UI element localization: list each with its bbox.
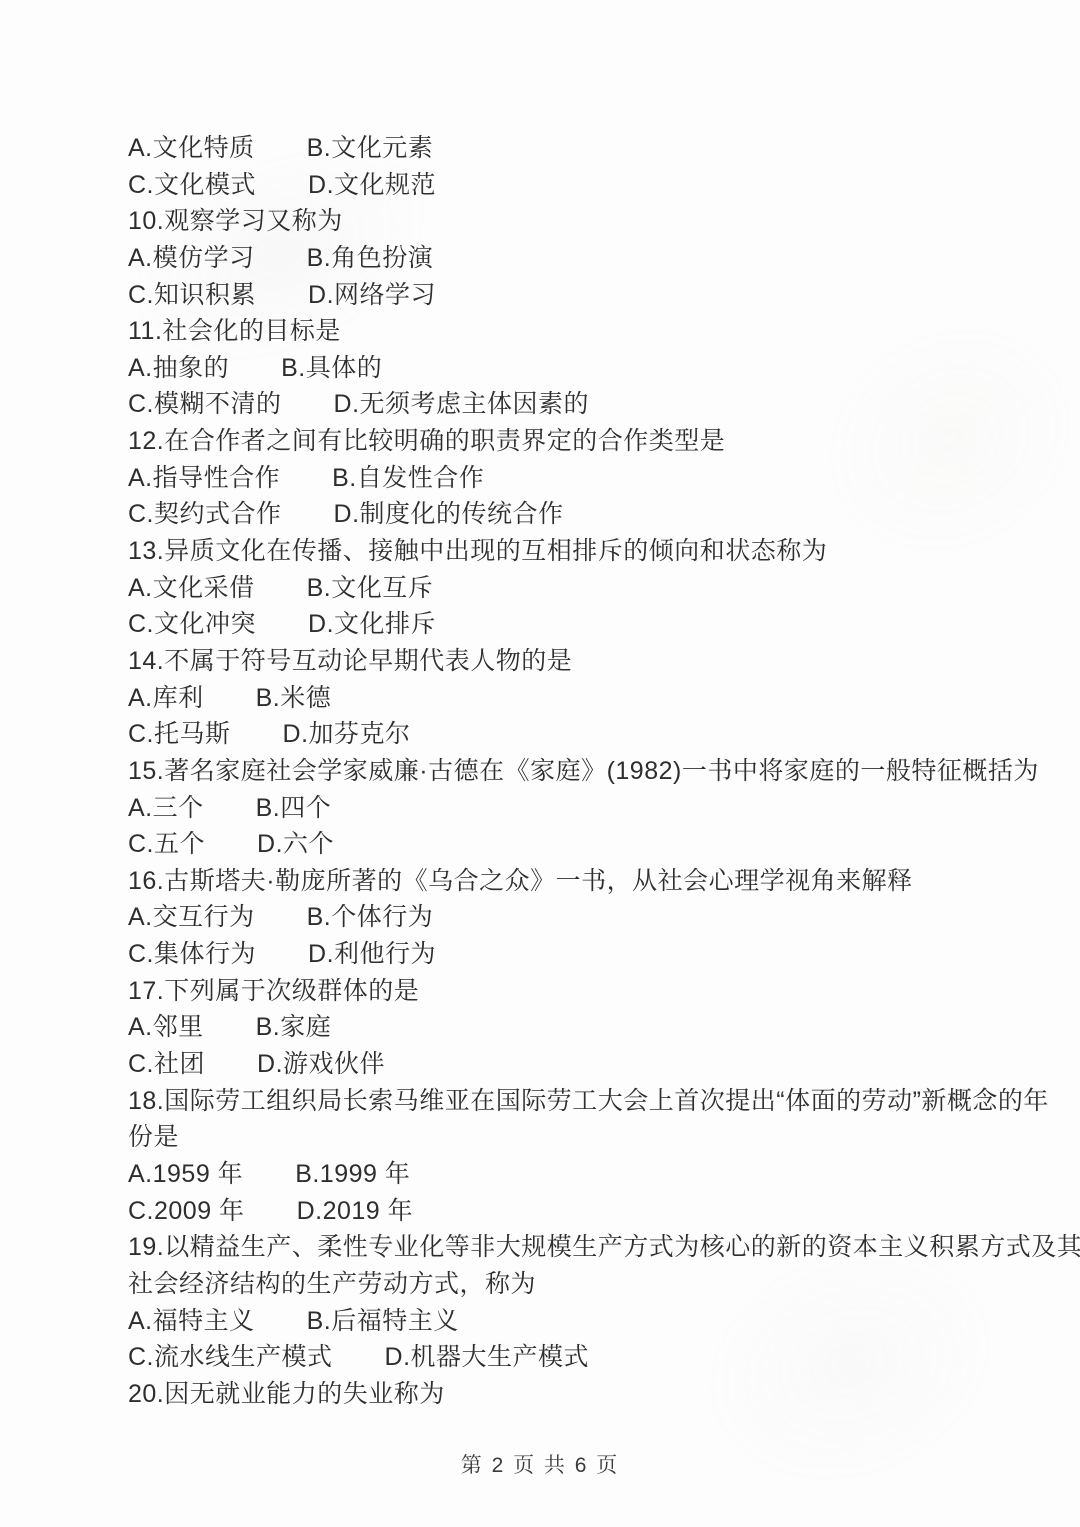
question-text-line: 14.不属于符号互动论早期代表人物的是 [128, 643, 968, 680]
page-number-footer: 第 2 页 共 6 页 [0, 1448, 1080, 1484]
option-a: A.模仿学习 [128, 244, 255, 272]
option-line: A.库利B.米德 [128, 680, 968, 717]
option-line: A.邻里B.家庭 [128, 1009, 968, 1046]
option-b: D.机器大生产模式 [385, 1343, 590, 1371]
option-a: A.指导性合作 [128, 464, 280, 492]
option-line: A.指导性合作B.自发性合作 [128, 460, 968, 497]
option-a: A.三个 [128, 794, 204, 822]
option-b: B.角色扮演 [307, 244, 434, 272]
option-line: C.文化模式D.文化规范 [128, 167, 968, 204]
option-a: A.文化特质 [128, 134, 255, 162]
question-text-line: 17.下列属于次级群体的是 [128, 973, 968, 1010]
option-a: A.交互行为 [128, 903, 255, 931]
option-b: D.文化排斥 [308, 610, 436, 638]
question-text-line: 11.社会化的目标是 [128, 313, 968, 350]
question-text-line: 13.异质文化在传播、接触中出现的互相排斥的倾向和状态称为 [128, 533, 968, 570]
question-text-line: 份是 [128, 1119, 968, 1156]
option-a: C.托马斯 [128, 720, 231, 748]
option-line: C.知识积累D.网络学习 [128, 277, 968, 314]
exam-document-page: A.文化特质B.文化元素C.文化模式D.文化规范10.观察学习又称为A.模仿学习… [0, 0, 1080, 1527]
option-b: D.利他行为 [308, 940, 436, 968]
option-a: A.文化采借 [128, 574, 255, 602]
option-b: D.制度化的传统合作 [334, 500, 564, 528]
option-a: A.库利 [128, 684, 204, 712]
option-line: A.抽象的B.具体的 [128, 350, 968, 387]
option-a: A.1959 年 [128, 1160, 243, 1188]
option-a: A.邻里 [128, 1013, 204, 1041]
question-text-line: 16.古斯塔夫·勒庞所著的《乌合之众》一书，从社会心理学视角来解释 [128, 863, 968, 900]
option-a: C.集体行为 [128, 940, 256, 968]
option-a: C.知识积累 [128, 281, 256, 309]
option-a: A.福特主义 [128, 1307, 255, 1335]
option-b: D.六个 [257, 830, 334, 858]
question-text-line: 18.国际劳工组织局长索马维亚在国际劳工大会上首次提出“体面的劳动”新概念的年 [128, 1083, 968, 1120]
option-b: D.加芬克尔 [283, 720, 411, 748]
option-line: A.模仿学习B.角色扮演 [128, 240, 968, 277]
question-lines: A.文化特质B.文化元素C.文化模式D.文化规范10.观察学习又称为A.模仿学习… [128, 130, 968, 1412]
question-text-line: 20.因无就业能力的失业称为 [128, 1376, 968, 1413]
question-text-line: 社会经济结构的生产劳动方式，称为 [128, 1266, 968, 1303]
option-b: B.自发性合作 [332, 464, 484, 492]
option-b: D.无须考虑主体因素的 [334, 390, 590, 418]
question-text-line: 19.以精益生产、柔性专业化等非大规模生产方式为核心的新的资本主义积累方式及其 [128, 1229, 968, 1266]
option-line: C.文化冲突D.文化排斥 [128, 606, 968, 643]
option-b: B.文化元素 [307, 134, 434, 162]
option-line: C.五个D.六个 [128, 826, 968, 863]
option-line: A.交互行为B.个体行为 [128, 899, 968, 936]
option-a: C.社团 [128, 1050, 205, 1078]
option-line: A.文化采借B.文化互斥 [128, 570, 968, 607]
option-b: B.个体行为 [307, 903, 434, 931]
option-b: B.四个 [256, 794, 332, 822]
option-a: C.五个 [128, 830, 205, 858]
option-line: A.福特主义B.后福特主义 [128, 1303, 968, 1340]
option-line: C.模糊不清的D.无须考虑主体因素的 [128, 386, 968, 423]
option-a: C.文化模式 [128, 171, 256, 199]
option-line: C.托马斯D.加芬克尔 [128, 716, 968, 753]
option-b: D.游戏伙伴 [257, 1050, 385, 1078]
option-line: A.1959 年B.1999 年 [128, 1156, 968, 1193]
option-a: C.流水线生产模式 [128, 1343, 333, 1371]
option-line: C.社团D.游戏伙伴 [128, 1046, 968, 1083]
option-line: C.契约式合作D.制度化的传统合作 [128, 496, 968, 533]
option-b: B.具体的 [281, 354, 382, 382]
option-line: C.流水线生产模式D.机器大生产模式 [128, 1339, 968, 1376]
option-a: C.契约式合作 [128, 500, 282, 528]
option-b: B.米德 [256, 684, 332, 712]
option-b: B.家庭 [256, 1013, 332, 1041]
option-line: C.集体行为D.利他行为 [128, 936, 968, 973]
option-b: D.文化规范 [308, 171, 436, 199]
option-a: C.2009 年 [128, 1197, 245, 1225]
option-b: D.2019 年 [297, 1197, 414, 1225]
option-a: C.模糊不清的 [128, 390, 282, 418]
option-b: D.网络学习 [308, 281, 436, 309]
option-b: B.1999 年 [295, 1160, 410, 1188]
option-line: A.三个B.四个 [128, 790, 968, 827]
option-a: C.文化冲突 [128, 610, 256, 638]
option-b: B.文化互斥 [307, 574, 434, 602]
question-text-line: 15.著名家庭社会学家威廉·古德在《家庭》(1982)一书中将家庭的一般特征概括… [128, 753, 968, 790]
question-text-line: 12.在合作者之间有比较明确的职责界定的合作类型是 [128, 423, 968, 460]
option-line: C.2009 年D.2019 年 [128, 1193, 968, 1230]
option-b: B.后福特主义 [307, 1307, 459, 1335]
question-text-line: 10.观察学习又称为 [128, 203, 968, 240]
option-a: A.抽象的 [128, 354, 229, 382]
option-line: A.文化特质B.文化元素 [128, 130, 968, 167]
